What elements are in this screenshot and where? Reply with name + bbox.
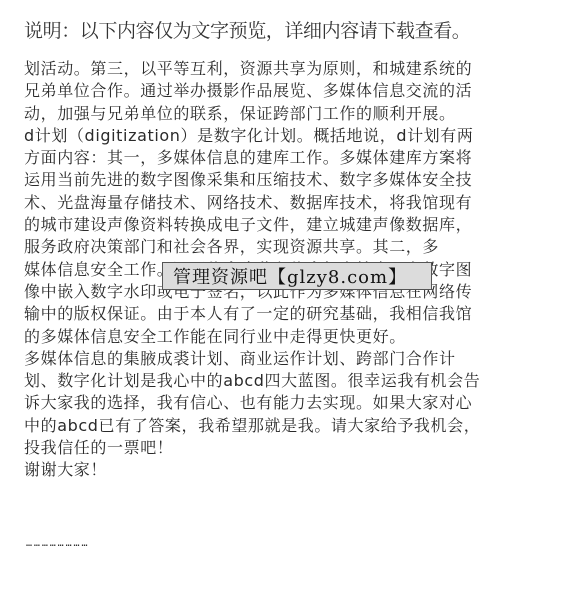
text-line: 运用当前先进的数字图像采集和压缩技术、数字多媒体安全技 bbox=[24, 169, 554, 191]
watermark-banner: 管理资源吧【glzy8.com】 bbox=[162, 262, 432, 290]
text-line: 输中的版权保证。由于本人有了一定的研究基础，我相信我馆 bbox=[24, 303, 554, 325]
text-line: 服务政府决策部门和社会各界，实现资源共享。其二，多 bbox=[24, 236, 554, 258]
preview-notice: 说明：以下内容仅为文字预览，详细内容请下载查看。 bbox=[24, 18, 470, 44]
text-line: 兄弟单位合作。通过举办摄影作品展览、多媒体信息交流的活 bbox=[24, 80, 554, 102]
text-line: 诉大家我的选择，我有信心、也有能力去实现。如果大家对心 bbox=[24, 392, 554, 414]
text-line: 谢谢大家！ bbox=[24, 459, 554, 481]
text-line: 的城市建设声像资料转换成电子文件，建立城建声像数据库， bbox=[24, 214, 554, 236]
text-line: 投我信任的一票吧！ bbox=[24, 437, 554, 459]
text-line: 的多媒体信息安全工作能在同行业中走得更快更好。 bbox=[24, 326, 554, 348]
text-line: 多媒体信息的集腋成裘计划、商业运作计划、跨部门合作计 bbox=[24, 348, 554, 370]
text-line: 划、数字化计划是我心中的abcd四大蓝图。很幸运我有机会告 bbox=[24, 370, 554, 392]
text-line: 方面内容：其一，多媒体信息的建库工作。多媒体建库方案将 bbox=[24, 147, 554, 169]
text-line: 术、光盘海量存储技术、网络技术、数据库技术，将我馆现有 bbox=[24, 192, 554, 214]
text-line: d计划（digitization）是数字化计划。概括地说，d计划有两 bbox=[24, 125, 554, 147]
text-line: 动，加强与兄弟单位的联系，保证跨部门工作的顺利开展。 bbox=[24, 103, 554, 125]
text-line: 划活动。第三，以平等互利，资源共享为原则，和城建系统的 bbox=[24, 58, 554, 80]
watermark-label: 管理资源吧【glzy8.com】 bbox=[173, 263, 407, 289]
ellipsis-divider: …………………… bbox=[26, 538, 89, 549]
text-line: 中的abcd已有了答案，我希望那就是我。请大家给予我机会， bbox=[24, 415, 554, 437]
